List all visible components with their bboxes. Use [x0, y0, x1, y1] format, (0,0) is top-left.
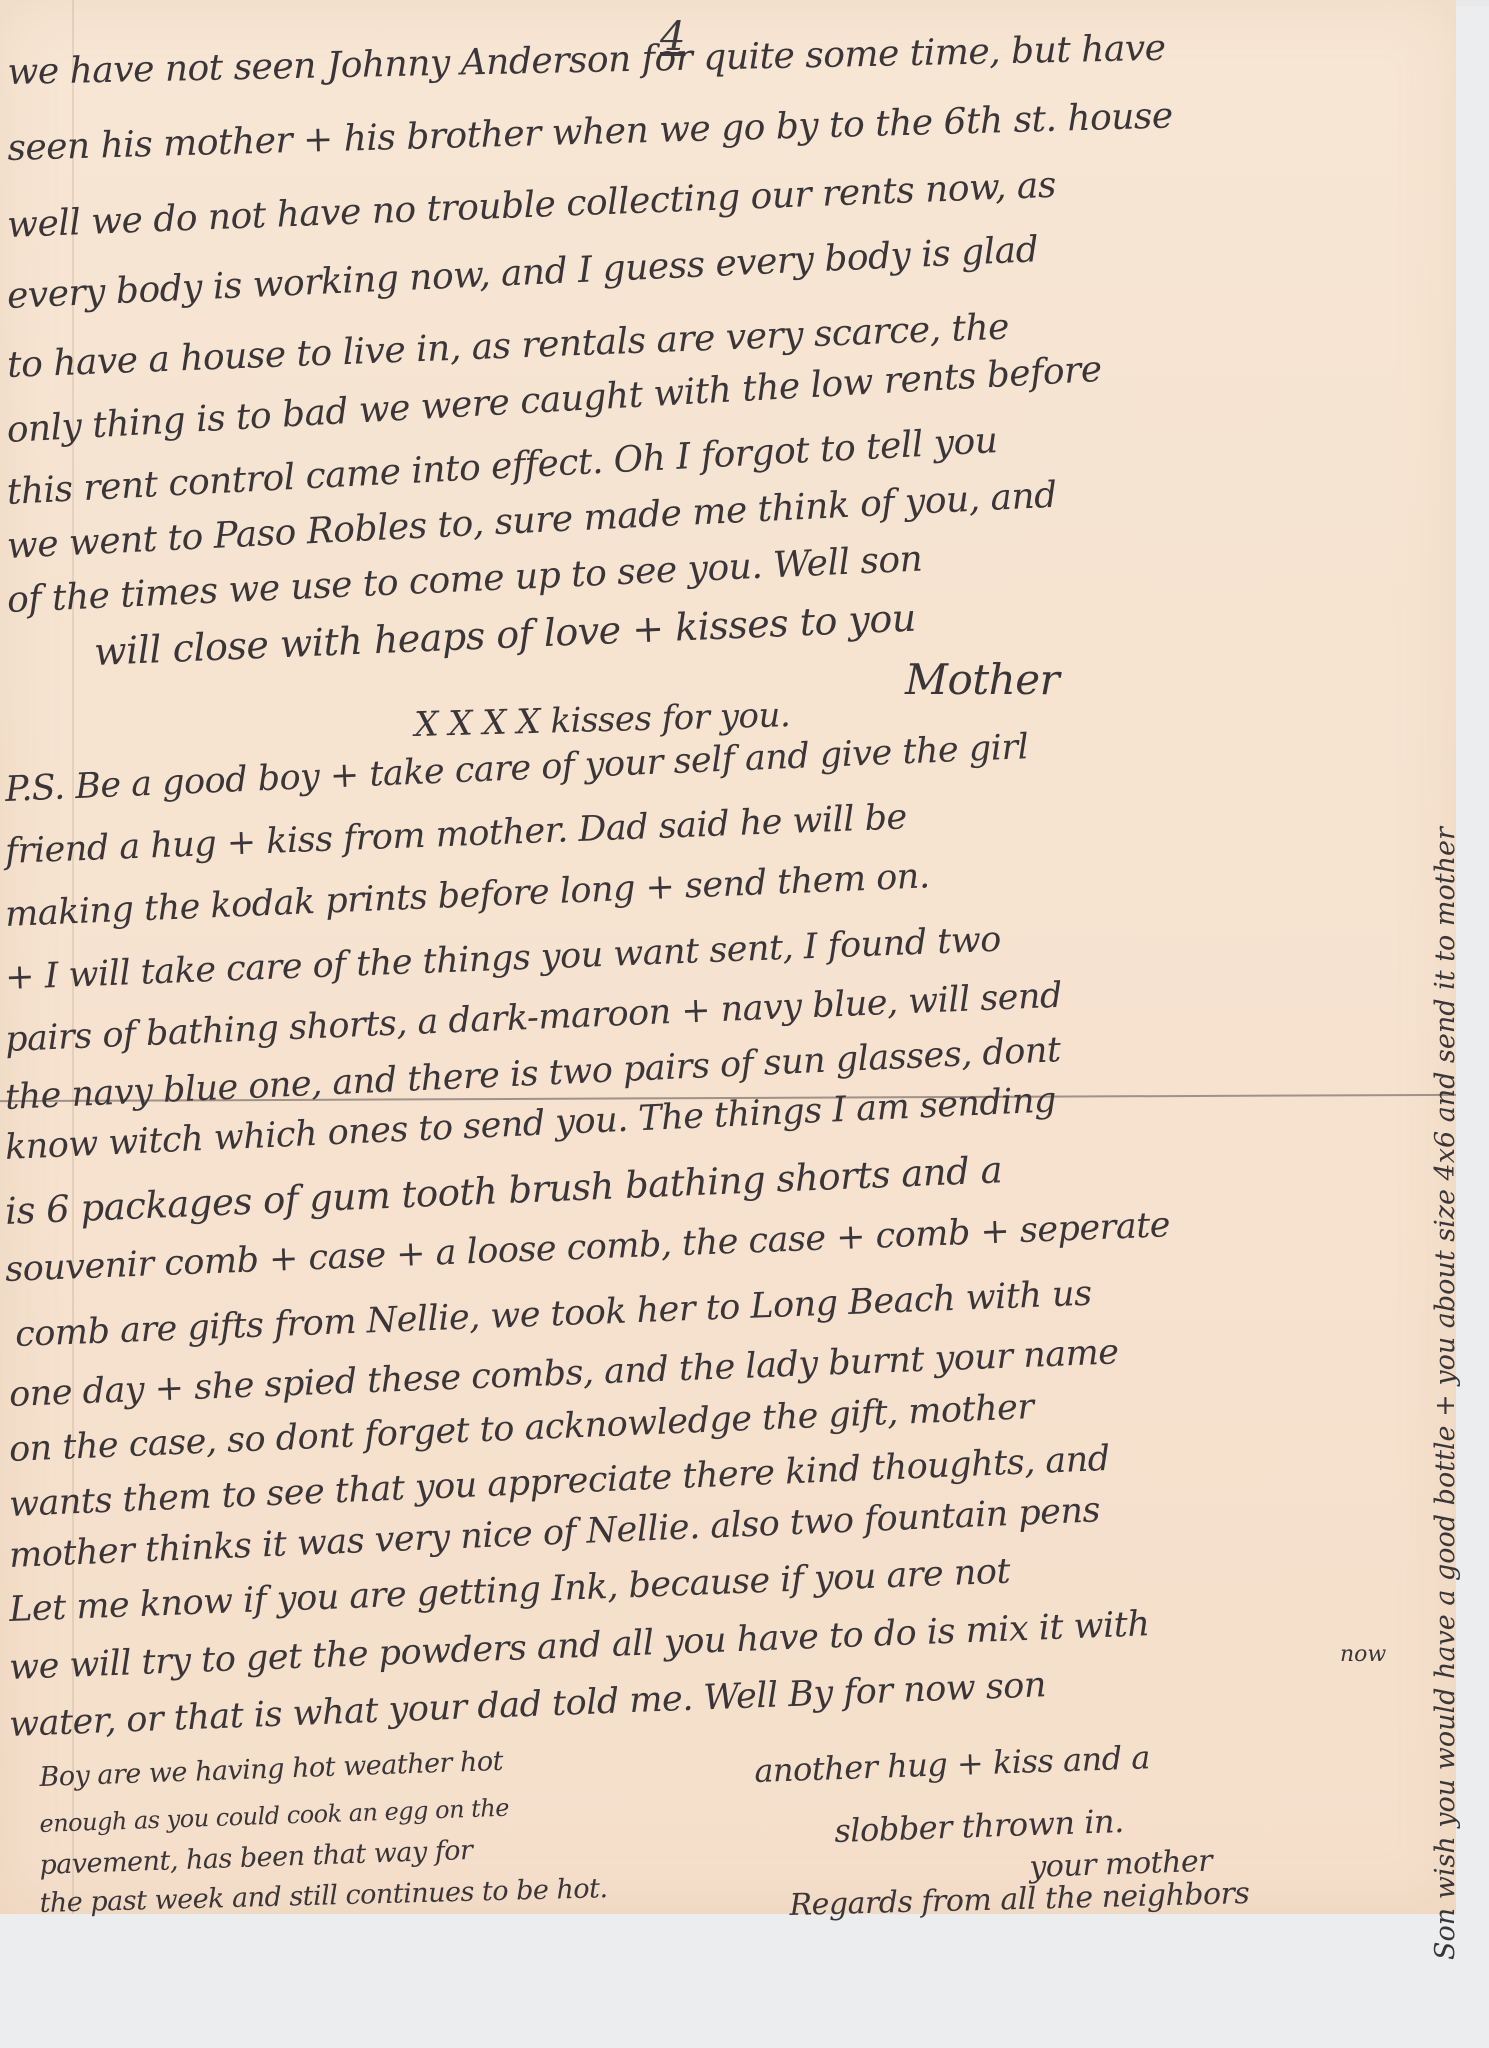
weather-line: pavement, has been that way for [39, 1835, 473, 1881]
body-line: well we do not have no trouble collectin… [6, 165, 1056, 246]
weather-line: Boy are we having hot weather hot [39, 1746, 504, 1793]
closing-line: Regards from all the neighbors [789, 1876, 1250, 1923]
body-line: every body is working now, and I guess e… [6, 229, 1039, 317]
closing-line: slobber thrown in. [834, 1802, 1125, 1850]
closing-kisses: X X X X kisses for you. [414, 695, 791, 745]
body-line: we have not seen Johnny Anderson for qui… [7, 28, 1166, 93]
signature-mother: Mother [905, 655, 1059, 704]
inserted-word: now [1340, 1642, 1386, 1667]
letter-page: 4 we have not seen Johnny Anderson for q… [0, 0, 1456, 1914]
weather-line: the past week and still continues to be … [39, 1873, 608, 1919]
postscript-line: making the kodak prints before long + se… [4, 856, 930, 935]
closing-line: another hug + kiss and a [754, 1738, 1151, 1790]
weather-line: enough as you could cook an egg on the [39, 1794, 509, 1838]
body-line: seen his mother + his brother when we go… [7, 95, 1173, 169]
postscript-line: friend a hug + kiss from mother. Dad sai… [4, 797, 907, 872]
margin-note-vertical: Son wish you would have a good bottle + … [1430, 180, 1461, 1960]
